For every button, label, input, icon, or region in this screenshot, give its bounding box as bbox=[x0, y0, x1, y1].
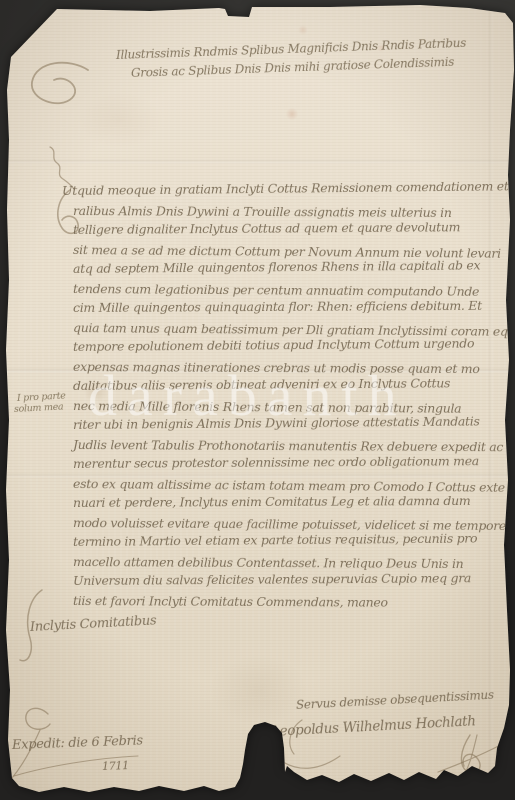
paper-shadow: Illustrissimis Rndmis Splibus Magnificis… bbox=[0, 0, 515, 800]
body-line: expensas magnas itinerationes crebras ut… bbox=[73, 359, 480, 376]
body-line: tempore epolutionem debiti totius apud I… bbox=[73, 335, 474, 354]
body-line: atq ad septem Mille quingentos florenos … bbox=[73, 257, 480, 276]
body-line: cim Mille quingentos quinquaginta flor: … bbox=[73, 298, 482, 315]
fold-crease-vertical bbox=[489, 0, 493, 800]
date-line: Expedit: die 6 Febris bbox=[12, 733, 143, 753]
body-line: nuari et perdere, Inclytus enim Comitatu… bbox=[73, 493, 470, 510]
body-line: Judlis levent Tabulis Prothonotariis man… bbox=[73, 437, 503, 454]
body-line: macello attamen debilibus Contentasset. … bbox=[73, 554, 463, 571]
fold-crease bbox=[0, 160, 515, 164]
body-line: ralibus Almis Dnis Dywini a Trouille ass… bbox=[73, 203, 452, 220]
body-line: riter ubi in benignis Almis Dnis Dywini … bbox=[73, 413, 480, 432]
signature-line-1: Servus demisse obsequentissimus bbox=[296, 688, 494, 712]
margin-note-line-2: solum mea bbox=[14, 401, 64, 415]
closing-comitatus: Inclytis Comitatibus bbox=[30, 613, 157, 635]
signature-line-2: Leopoldus Wilhelmus Hochlath bbox=[271, 713, 477, 740]
body-line: tendens cum legationibus per centum annu… bbox=[73, 281, 479, 299]
photo-background: Illustrissimis Rndmis Splibus Magnificis… bbox=[0, 0, 515, 800]
date-year: 1711 bbox=[102, 759, 129, 773]
body-line: esto ex quam altissime ac istam totam me… bbox=[73, 476, 505, 495]
flourish-top-left-swirl bbox=[32, 63, 88, 104]
body-line: telligere dignaliter Inclytus Cottus ad … bbox=[73, 219, 460, 237]
body-line: nec media Mille florenis Rhens tamen sat… bbox=[73, 398, 461, 416]
body-line: termino in Martio vel etiam ex parte tot… bbox=[73, 530, 477, 549]
body-line: merentur secus protestor solennissime ne… bbox=[73, 453, 479, 471]
flourish-paraph-sweep bbox=[438, 735, 506, 783]
body-line: Utquid meoque in gratiam Inclyti Cottus … bbox=[62, 178, 515, 198]
flourish-date-capital bbox=[26, 708, 50, 729]
body-line: tiis et favori Inclyti Comitatus Commend… bbox=[73, 593, 388, 610]
body-line: Universum diu salvas felicites valentes … bbox=[73, 570, 471, 588]
flourish-paraph bbox=[461, 735, 480, 773]
letter-paper: Illustrissimis Rndmis Splibus Magnificis… bbox=[0, 0, 515, 800]
body-line: dalitatibus aliis serenis obtineat adven… bbox=[73, 375, 450, 393]
